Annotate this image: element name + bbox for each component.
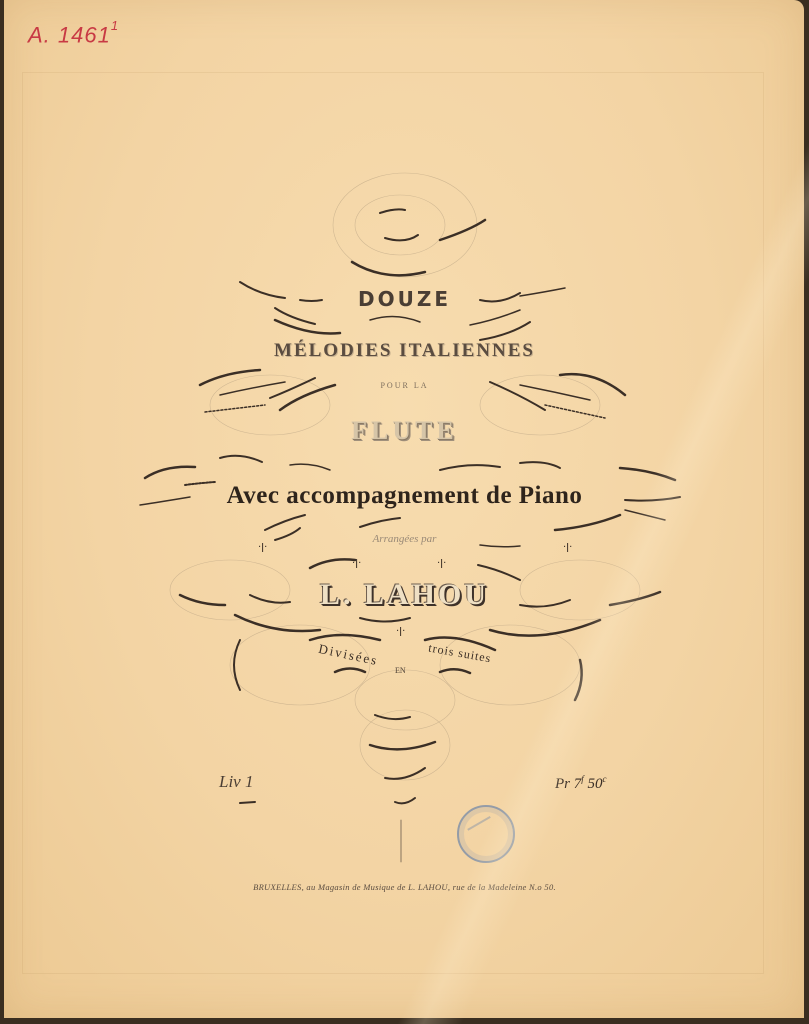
shelfmark-sup: 1 bbox=[111, 18, 119, 33]
ornament-dot-icon: ·ǀ· bbox=[352, 558, 361, 569]
plate-mark bbox=[22, 72, 764, 974]
publisher-imprint: BRUXELLES, au Magasin de Musique de L. L… bbox=[0, 882, 809, 892]
subtitle-accompaniment: Avec accompagnement de Piano bbox=[0, 482, 809, 510]
book-number: Liv 1 bbox=[219, 772, 253, 792]
shelfmark-text: A. 1461 bbox=[28, 22, 111, 47]
title-pour-la: POUR LA bbox=[0, 381, 809, 390]
price-cents: 50 bbox=[588, 776, 603, 792]
title-melodies: MÉLODIES ITALIENNES bbox=[0, 340, 809, 362]
title-douze: DOUZE bbox=[0, 287, 809, 311]
ornament-dot-icon: ·ǀ· bbox=[437, 558, 446, 569]
composer-name: L. LAHOU bbox=[0, 578, 809, 612]
price: Pr 7f 50c bbox=[555, 774, 607, 793]
title-instrument: FLUTE bbox=[0, 416, 809, 446]
ornament-dot-icon: ·ǀ· bbox=[396, 626, 405, 637]
price-cents-unit: c bbox=[603, 774, 607, 784]
price-unit: f bbox=[581, 774, 584, 784]
credit-prefix: Arrangées par bbox=[0, 533, 809, 545]
shelfmark: A. 14611 bbox=[28, 22, 119, 48]
price-amount: Pr 7 bbox=[555, 776, 581, 792]
division-mid: EN bbox=[395, 666, 406, 675]
library-stamp-icon bbox=[457, 805, 515, 863]
